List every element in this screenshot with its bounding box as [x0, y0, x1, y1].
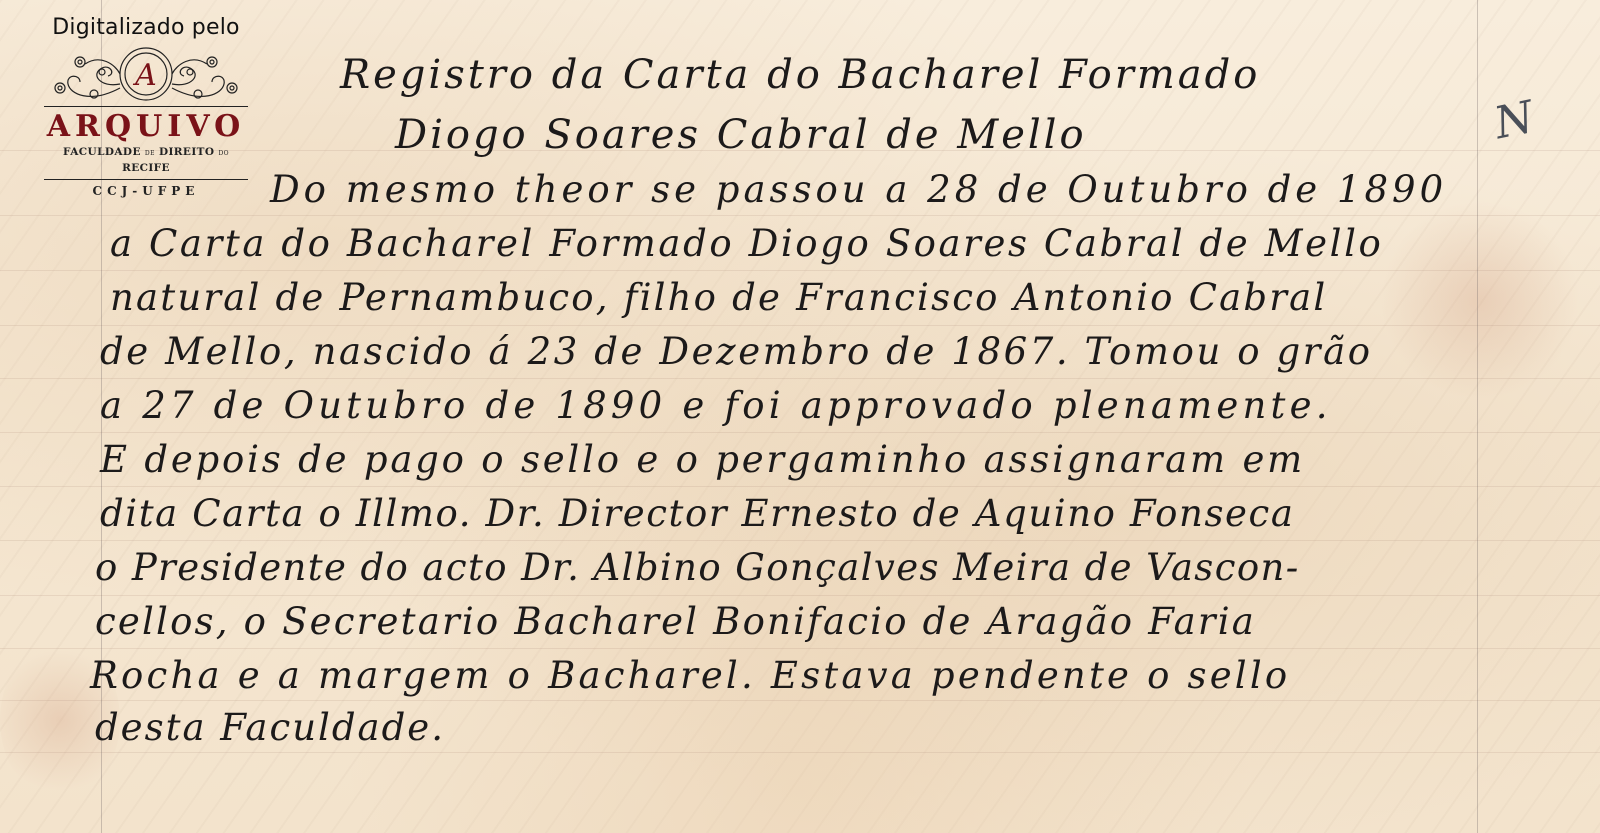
document-body-line: dita Carta o Illmo. Dr. Director Ernesto…: [100, 492, 1295, 535]
document-body-line: Rocha e a margem o Bacharel. Estava pend…: [90, 654, 1290, 697]
paper-stain: [1380, 200, 1580, 400]
logo-name: ARQUIVO: [40, 109, 252, 145]
logo-institution: FACULDADE DE DIREITO DO RECIFE: [40, 145, 252, 175]
logo-unit: CCJ-UFPE: [40, 182, 252, 200]
logo-divider: [44, 179, 248, 180]
document-body-line: Do mesmo theor se passou a 28 de Outubro…: [270, 168, 1447, 211]
document-body-line: a Carta do Bacharel Formado Diogo Soares…: [110, 222, 1383, 265]
document-body-line: natural de Pernambuco, filho de Francisc…: [110, 276, 1327, 319]
ruled-line: [0, 648, 1600, 649]
ruled-line: [0, 752, 1600, 753]
ruled-line: [0, 595, 1600, 596]
logo-divider: [44, 106, 248, 107]
ruled-line: [0, 432, 1600, 433]
document-body-line: o Presidente do acto Dr. Albino Gonçalve…: [95, 546, 1300, 589]
document-title-line-1: Registro da Carta do Bacharel Formado: [340, 52, 1260, 98]
ruled-line: [0, 486, 1600, 487]
document-body-line: cellos, o Secretario Bacharel Bonifacio …: [95, 600, 1256, 643]
logo-emblem: A: [40, 44, 252, 106]
document-title-line-2: Diogo Soares Cabral de Mello: [395, 112, 1087, 158]
ruled-line: [0, 700, 1600, 701]
ruled-line: [0, 215, 1600, 216]
document-body-line: a 27 de Outubro de 1890 e foi approvado …: [100, 384, 1332, 427]
archive-logo: Digitalizado pelo A ARQUIVO: [40, 14, 252, 200]
ruled-line: [0, 378, 1600, 379]
svg-text:A: A: [132, 58, 157, 93]
right-margin-line: [1477, 0, 1478, 833]
scroll-ornament-icon: A: [40, 44, 252, 106]
document-body-line: E depois de pago o sello e o pergaminho …: [100, 438, 1305, 481]
ruled-line: [0, 325, 1600, 326]
ruled-line: [0, 270, 1600, 271]
ruled-line: [0, 540, 1600, 541]
document-body-line: de Mello, nascido á 23 de Dezembro de 18…: [100, 330, 1373, 373]
logo-caption: Digitalizado pelo: [40, 14, 252, 42]
document-body-line: desta Faculdade.: [95, 706, 445, 749]
